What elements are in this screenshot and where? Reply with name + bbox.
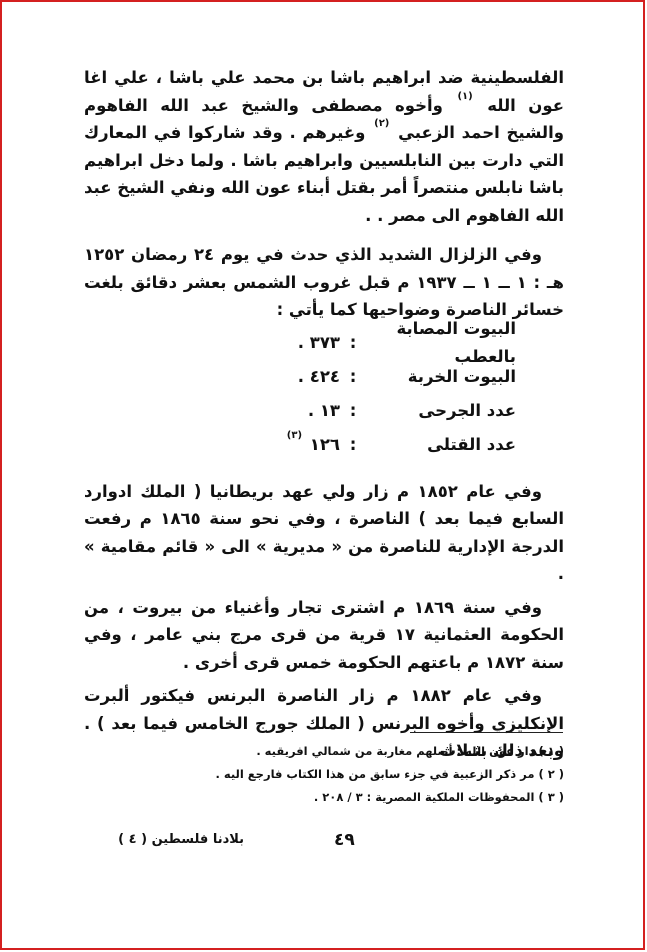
paragraph-4: وفي سنة ١٨٦٩ م اشترى تجار وأغنياء من بير… [84,594,564,677]
list-item-value: ١٢٦ (٣) [285,431,340,459]
list-item-label: عدد القتلى [366,431,516,459]
paragraph-3: وفي عام ١٨٥٢ م زار ولي عهد بريطانيا ( ال… [84,478,564,588]
list-item: البيوت المصابة بالعطب : ٣٧٣ . [84,326,516,360]
footnote-ref-2[interactable]: (٢) [374,118,389,129]
list-item-label: عدد الجرحى [366,397,516,425]
list-item-value-number: ١٢٦ [310,435,340,454]
list-item-value: ٤٢٤ . [298,363,340,391]
page-footer: ٤٩ بلادنا فلسطين ( ٤ ) [84,830,564,854]
paragraph-gap [84,466,564,478]
list-item-label: البيوت الخربة [366,363,516,391]
list-item-colon: : [340,363,366,391]
footnote-2: ( ٢ ) مر ذكر الزعبية في جزء سابق من هذا … [240,763,564,786]
list-item: عدد الجرحى : ١٣ . [84,394,516,428]
footnotes: ( ١ ) دار عون الله : أصلهم مغاربة من شما… [240,740,564,809]
paragraph-2: وفي الزلزال الشديد الذي حدث في يوم ٢٤ رم… [84,241,564,324]
list-item-colon: : [340,397,366,425]
book-title: بلادنا فلسطين ( ٤ ) [84,832,244,847]
footnote-1: ( ١ ) دار عون الله : أصلهم مغاربة من شما… [240,740,564,763]
page-number: ٤٩ [334,830,355,850]
list-item-label: البيوت المصابة بالعطب [366,315,516,370]
list-item-value: ٣٧٣ . [298,329,340,357]
paragraph-1: الفلسطينية ضد ابراهيم باشا بن محمد علي ب… [84,64,564,229]
footnote-ref-1[interactable]: (١) [457,91,472,102]
list-item: البيوت الخربة : ٤٢٤ . [84,360,516,394]
paragraph-gap [84,229,564,241]
footnote-ref-3[interactable]: (٣) [287,430,302,441]
footnote-3: ( ٣ ) المحفوظات الملكية المصرية : ٣ / ٢٠… [240,786,564,809]
list-item-value: ١٣ . [308,397,340,425]
footnote-separator [410,732,563,733]
list-item-colon: : [340,431,366,459]
list-item: عدد القتلى : ١٢٦ (٣) [84,428,516,462]
page-body: الفلسطينية ضد ابراهيم باشا بن محمد علي ب… [84,64,564,765]
list-item-colon: : [340,329,366,357]
losses-list: البيوت المصابة بالعطب : ٣٧٣ . البيوت الخ… [84,326,564,462]
